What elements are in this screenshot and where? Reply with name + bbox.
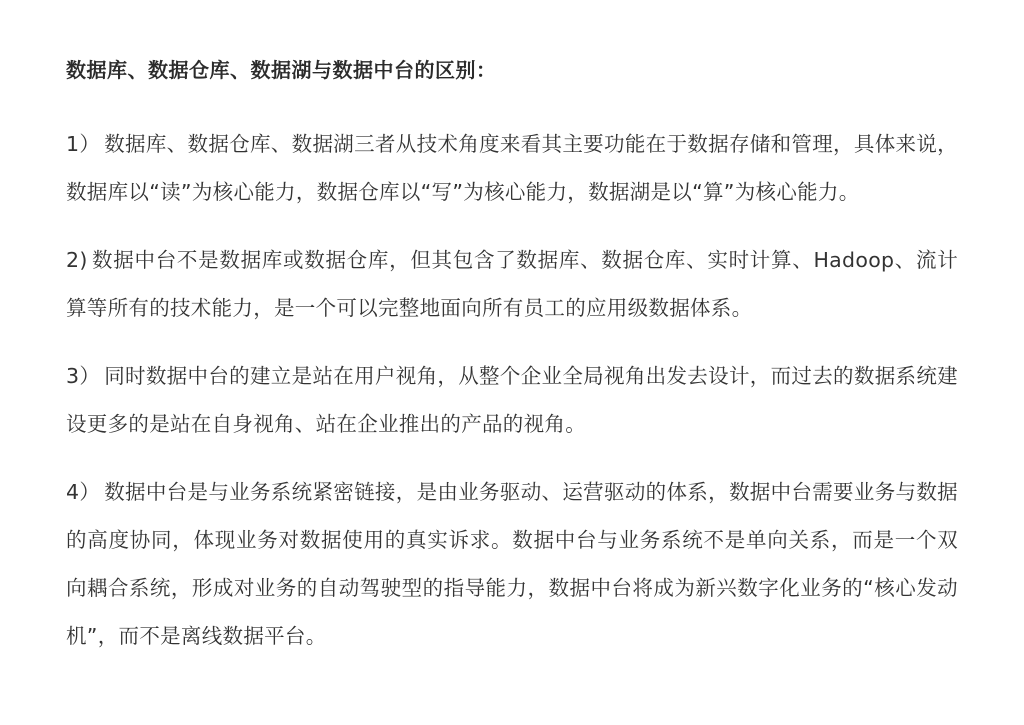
- document-title: 数据库、数据仓库、数据湖与数据中台的区别：: [66, 52, 958, 88]
- paragraph-number: 1）: [66, 132, 100, 156]
- paragraph-number: 4）: [66, 480, 100, 504]
- paragraph-text: 数据库、数据仓库、数据湖三者从技术角度来看其主要功能在于数据存储和管理，具体来说…: [66, 132, 958, 204]
- paragraph-text: 数据中台是与业务系统紧密链接，是由业务驱动、运营驱动的体系，数据中台需要业务与数…: [66, 480, 958, 648]
- paragraph-text: 数据中台不是数据库或数据仓库，但其包含了数据库、数据仓库、实时计算、Hadoop…: [66, 248, 958, 320]
- paragraph-4: 4）数据中台是与业务系统紧密链接，是由业务驱动、运营驱动的体系，数据中台需要业务…: [66, 468, 958, 660]
- paragraph-1: 1）数据库、数据仓库、数据湖三者从技术角度来看其主要功能在于数据存储和管理，具体…: [66, 120, 958, 216]
- paragraph-2: 2)数据中台不是数据库或数据仓库，但其包含了数据库、数据仓库、实时计算、Hado…: [66, 236, 958, 332]
- document-body: 数据库、数据仓库、数据湖与数据中台的区别： 1）数据库、数据仓库、数据湖三者从技…: [66, 52, 958, 680]
- paragraph-number: 2): [66, 248, 88, 272]
- paragraph-text: 同时数据中台的建立是站在用户视角，从整个企业全局视角出发去设计，而过去的数据系统…: [66, 364, 958, 436]
- paragraph-number: 3）: [66, 364, 100, 388]
- paragraph-3: 3）同时数据中台的建立是站在用户视角，从整个企业全局视角出发去设计，而过去的数据…: [66, 352, 958, 448]
